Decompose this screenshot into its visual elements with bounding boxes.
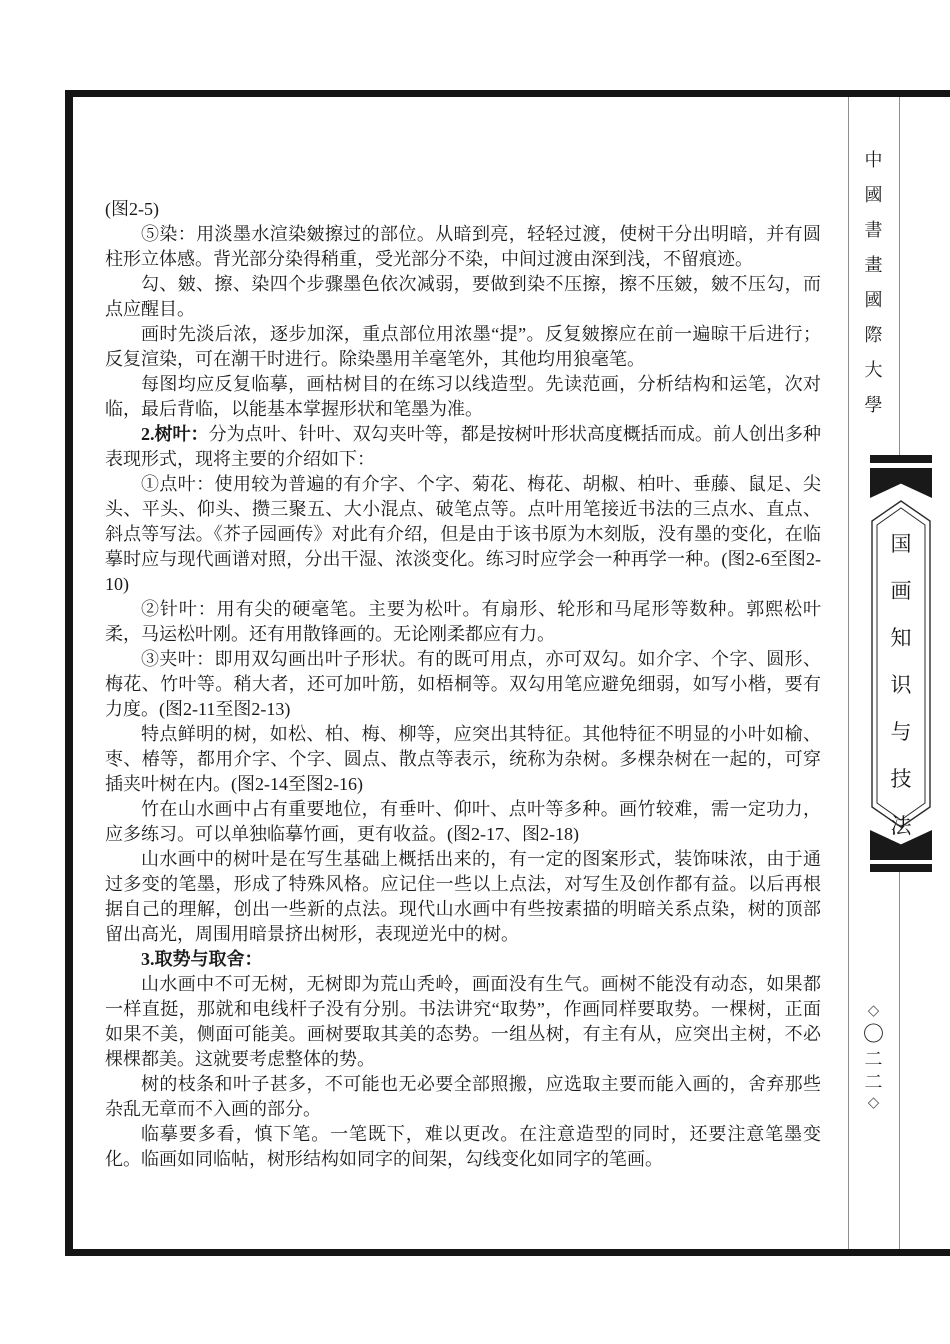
sidebar-divider-line-outer-upper: [899, 97, 900, 455]
paragraph: 勾、皴、擦、染四个步骤墨色依次减弱，要做到染不压擦，擦不压皴，皴不压勾，而点应醒…: [105, 272, 821, 322]
paragraph: (图2-5): [105, 197, 821, 222]
paragraph: ①点叶：使用较为普遍的有介字、个字、菊花、梅花、胡椒、柏叶、垂藤、鼠足、尖头、平…: [105, 472, 821, 597]
vertical-char: ◇: [868, 1096, 880, 1111]
vertical-char: 画: [891, 575, 912, 605]
paragraph: 树的枝条和叶子甚多，不可能也无必要全部照搬，应选取主要而能入画的，舍弃那些杂乱无…: [105, 1072, 821, 1122]
banner-top-ribbon: [870, 468, 932, 498]
page-frame-left-border: [65, 90, 73, 1256]
paragraph: 画时先淡后浓，逐步加深，重点部位用浓墨“提”。反复皴擦应在前一遍晾干后进行；反复…: [105, 322, 821, 372]
paragraph: 每图均应反复临摹，画枯树目的在练习以线造型。先读范画，分析结构和运笔，次对临，最…: [105, 372, 821, 422]
vertical-char: 与: [891, 716, 912, 746]
vertical-char: 识: [891, 669, 912, 699]
main-text: (图2-5)⑤染：用淡墨水渲染皴擦过的部位。从暗到亮，轻轻过渡，使树干分出明暗，…: [105, 197, 821, 1172]
banner-hexagon-frame: 国画知识与技法: [870, 500, 932, 828]
paragraph: 山水画中的树叶是在写生基础上概括出来的，有一定的图案形式，装饰味浓，由于通过多变…: [105, 847, 821, 947]
sidebar-divider-line-outer-lower: [899, 872, 900, 1249]
paragraph: 2.树叶：分为点叶、针叶、双勾夹叶等，都是按树叶形状高度概括而成。前人创出多种表…: [105, 422, 821, 472]
paragraph: ③夹叶：即用双勾画出叶子形状。有的既可用点，亦可双勾。如介字、个字、圆形、梅花、…: [105, 647, 821, 722]
vertical-char: 二: [865, 1050, 883, 1068]
paragraph: 山水画中不可无树，无树即为荒山秃岭，画面没有生气。画树不能没有动态，如果都一样直…: [105, 972, 821, 1072]
vertical-char: 國: [865, 181, 883, 207]
vertical-char: 技: [891, 763, 912, 793]
vertical-char: 大: [865, 356, 883, 382]
vertical-char: 書: [865, 216, 883, 242]
vertical-char: ◇: [868, 1004, 880, 1019]
page-frame-top-border: [65, 90, 950, 97]
vertical-char: 法: [891, 810, 912, 840]
vertical-char: 學: [865, 391, 883, 417]
vertical-char: 際: [865, 321, 883, 347]
vertical-char: 知: [891, 622, 912, 652]
page-number: ◇〇二二◇: [848, 1004, 899, 1111]
banner-top-bar: [870, 455, 932, 463]
paragraph: 特点鲜明的树，如松、柏、梅、柳等，应突出其特征。其他特征不明显的小叶如榆、枣、椿…: [105, 722, 821, 797]
vertical-char: 畫: [865, 251, 883, 277]
vertical-char: 國: [865, 286, 883, 312]
paragraph: 临摹要多看，慎下笔。一笔既下，难以更改。在注意造型的同时，还要注意笔墨变化。临画…: [105, 1122, 821, 1172]
paragraph: ⑤染：用淡墨水渲染皴擦过的部位。从暗到亮，轻轻过渡，使树干分出明暗，并有圆柱形立…: [105, 222, 821, 272]
vertical-char: 二: [865, 1073, 883, 1091]
vertical-char: 中: [865, 146, 883, 172]
university-name-vertical: 中國書畫國際大學: [848, 146, 899, 417]
paragraph: 竹在山水画中占有重要地位，有垂叶、仰叶、点叶等多种。画竹较难，需一定功力，应多练…: [105, 797, 821, 847]
banner-title: 国画知识与技法: [870, 528, 932, 808]
banner-bottom-bar: [870, 864, 932, 872]
page-frame-bottom-border: [65, 1249, 950, 1256]
paragraph: 3.取势与取舍：: [105, 947, 821, 972]
vertical-char: 国: [891, 528, 912, 558]
vertical-char: 〇: [863, 1024, 884, 1045]
paragraph: ②针叶：用有尖的硬毫笔。主要为松叶。有扇形、轮形和马尾形等数种。郭熙松叶柔，马运…: [105, 597, 821, 647]
